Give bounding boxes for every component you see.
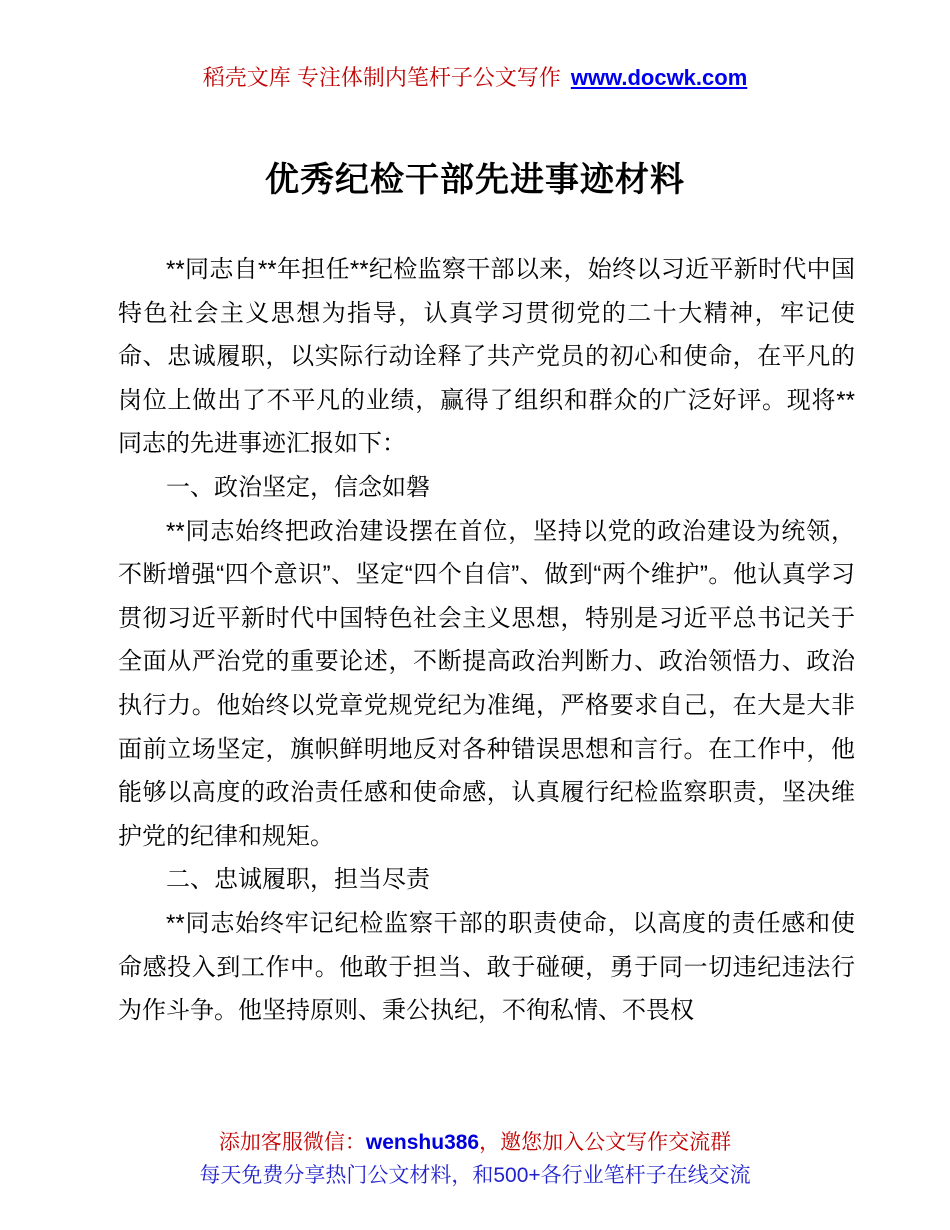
promo-text: 稻壳文库 专注体制内笔杆子公文写作: [203, 65, 561, 90]
footer-invite-text: ，邀您加入公文写作交流群: [479, 1131, 731, 1154]
document-title: 优秀纪检干部先进事迹材料: [0, 152, 950, 201]
website-link[interactable]: www.docwk.com: [571, 65, 747, 90]
paragraph: **同志始终把政治建设摆在首位，坚持以党的政治建设为统领，不断增强“四个意识”、…: [118, 510, 855, 859]
promo-header: 稻壳文库 专注体制内笔杆子公文写作www.docwk.com: [0, 62, 950, 94]
paragraph: **同志始终牢记纪检监察干部的职责使命，以高度的责任感和使命感投入到工作中。他敢…: [118, 902, 855, 1033]
footer-share-text: 每天免费分享热门公文材料，和500+各行业笔杆子在线交流: [0, 1159, 950, 1192]
document-body: **同志自**年担任**纪检监察干部以来，始终以习近平新时代中国特色社会主义思想…: [118, 248, 855, 1033]
document-page: 稻壳文库 专注体制内笔杆子公文写作www.docwk.com 优秀纪检干部先进事…: [0, 0, 950, 1230]
wechat-id: wenshu386: [366, 1131, 479, 1154]
paragraph: **同志自**年担任**纪检监察干部以来，始终以习近平新时代中国特色社会主义思想…: [118, 248, 855, 466]
promo-footer: 添加客服微信：wenshu386，邀您加入公文写作交流群 每天免费分享热门公文材…: [0, 1126, 950, 1192]
section-heading: 二、忠诚履职，担当尽责: [118, 858, 855, 902]
footer-line1: 添加客服微信：wenshu386，邀您加入公文写作交流群: [0, 1126, 950, 1159]
footer-contact-label: 添加客服微信：: [219, 1131, 366, 1154]
section-heading: 一、政治坚定，信念如磐: [118, 466, 855, 510]
